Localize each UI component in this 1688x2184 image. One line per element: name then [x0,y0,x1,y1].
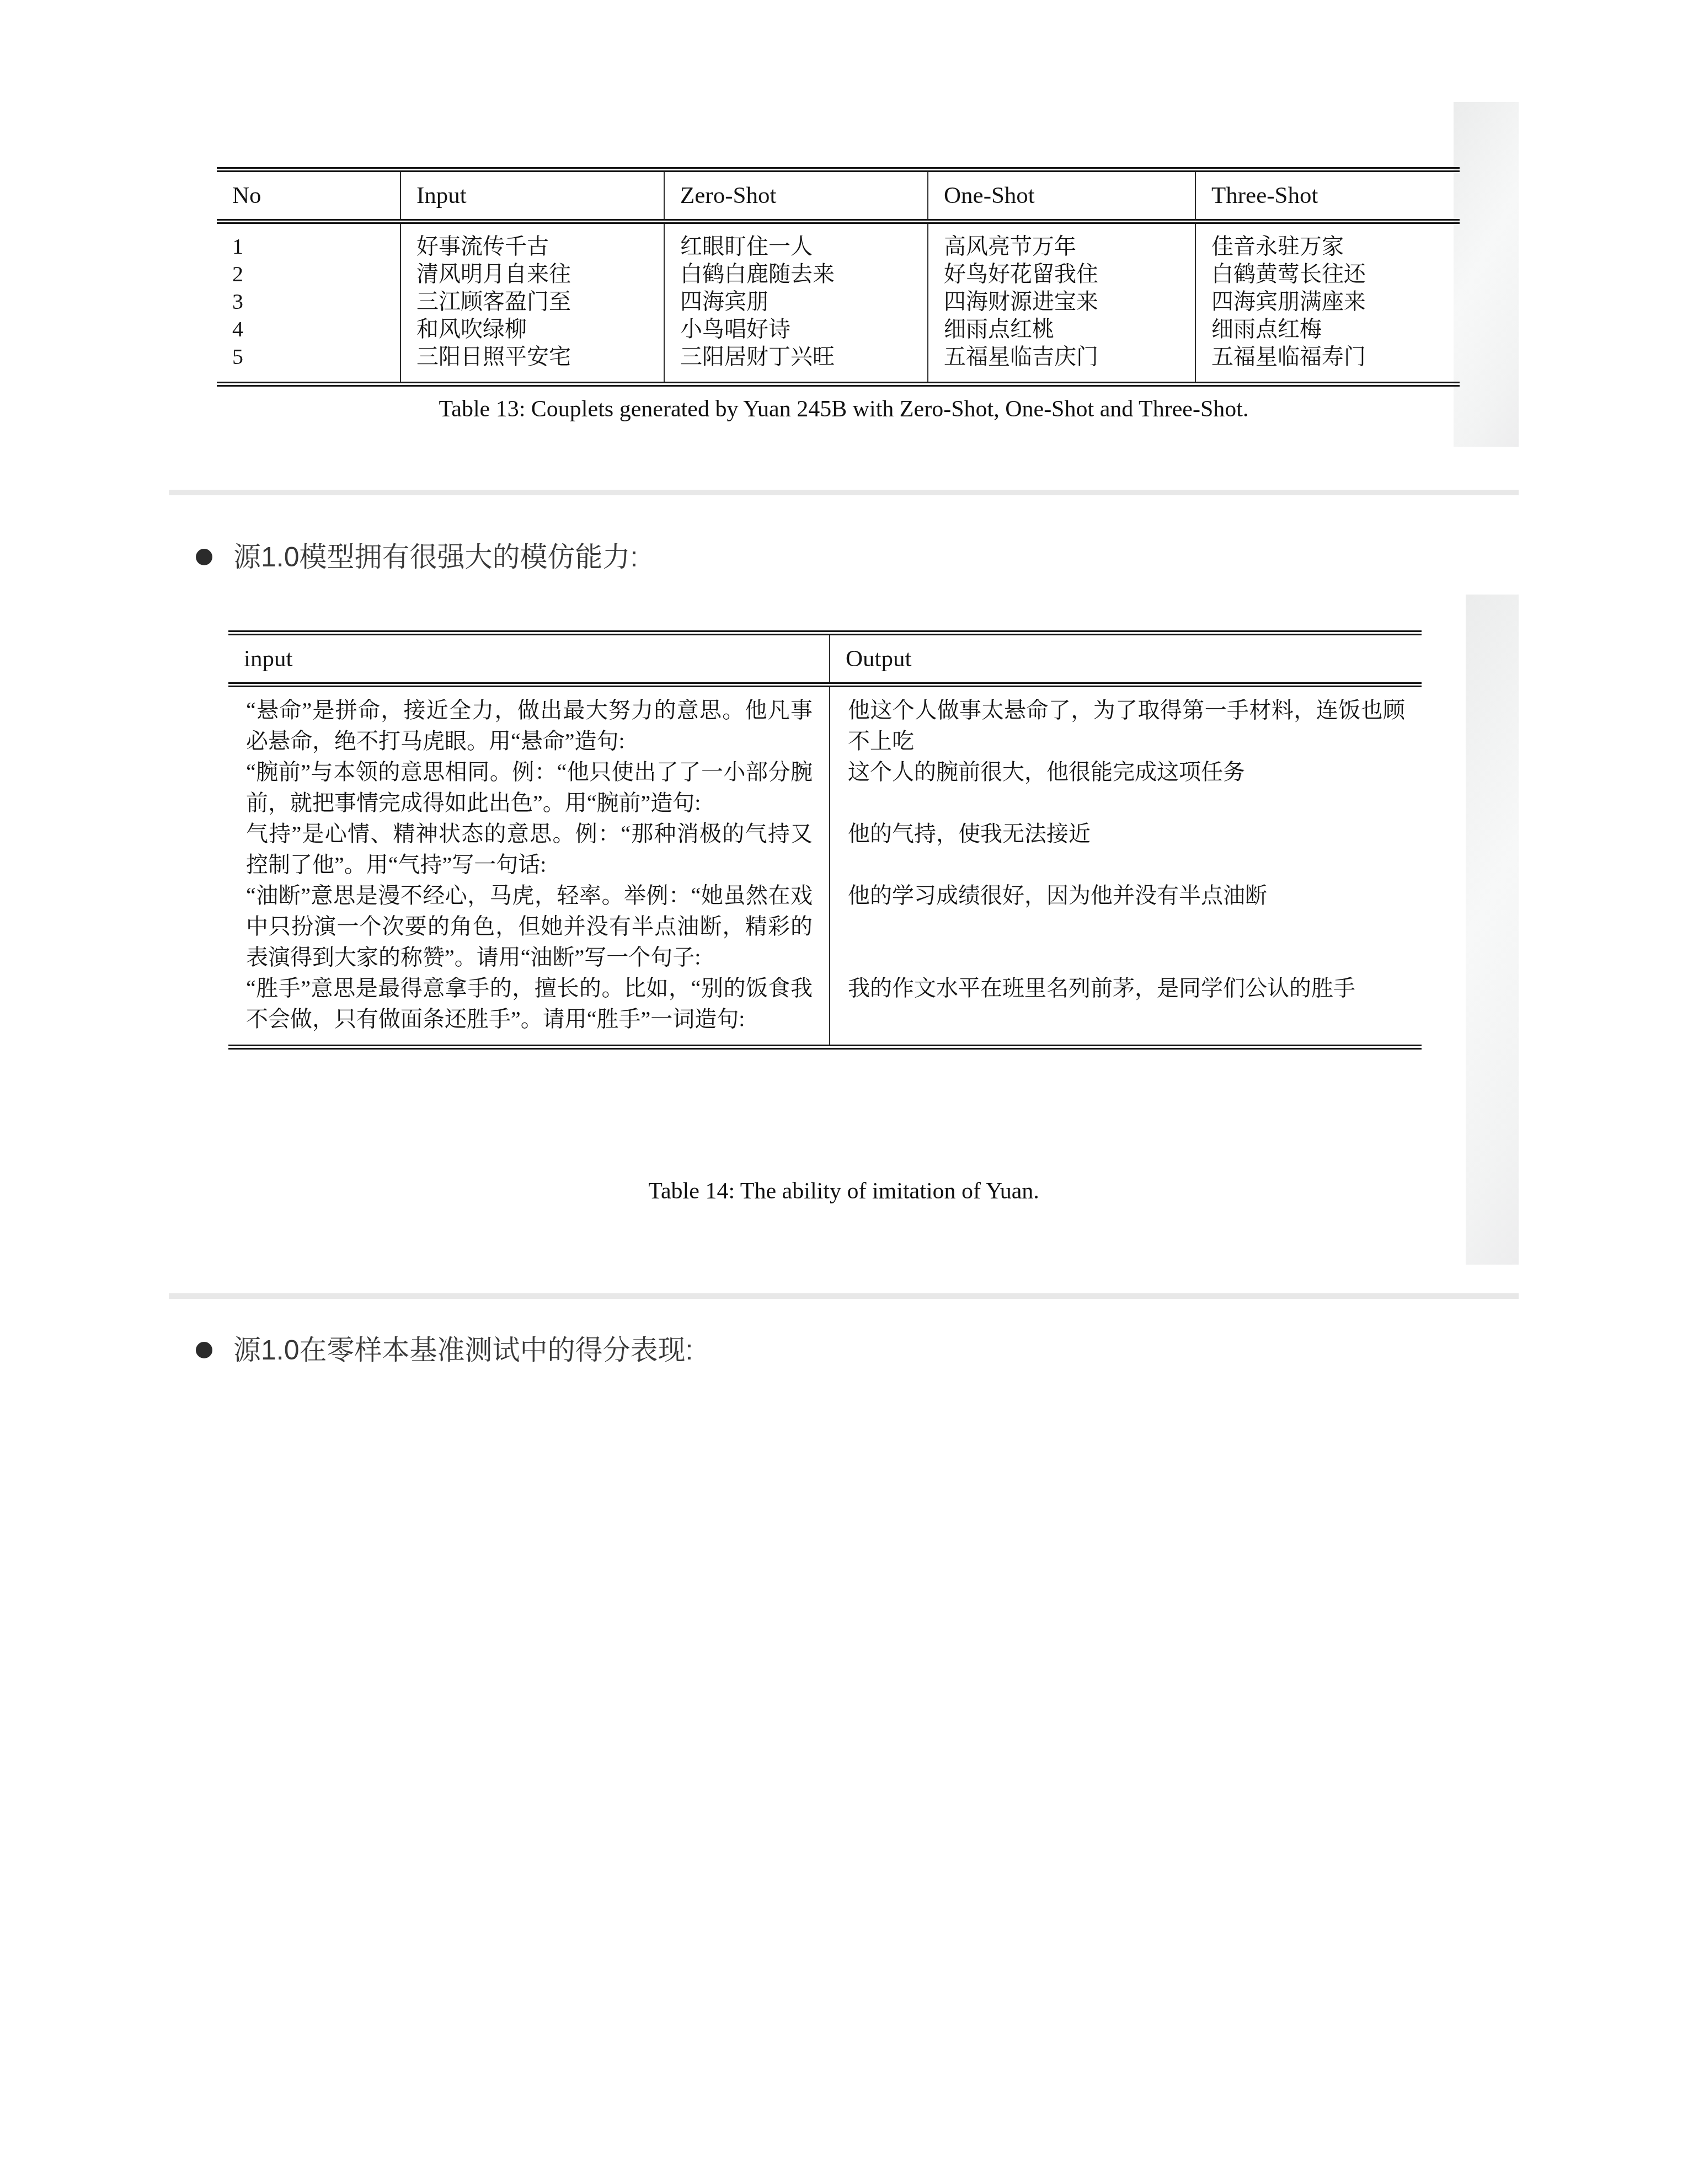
table-cell: 气持”是心情、精神状态的意思。例：“那种消极的气持又控制了他”。用“气持”写一句… [228,818,830,880]
col-header-no: No [217,170,400,222]
table-cell: 4 [217,315,400,343]
table-cell: 五福星临福寿门 [1195,343,1460,384]
bullet-dot-icon [196,1342,212,1358]
col-header-zero-shot: Zero-Shot [664,170,928,222]
table-cell: 三阳日照平安宅 [400,343,664,384]
table-row: 5三阳日照平安宅三阳居财丁兴旺五福星临吉庆门五福星临福寿门 [217,343,1460,384]
table-cell: 好事流传千古 [400,222,664,261]
table-row: 3三江顾客盈门至四海宾朋四海财源进宝来四海宾朋满座来 [217,288,1460,315]
table-cell: “胜手”意思是最得意拿手的，擅长的。比如，“别的饭食我不会做，只有做面条还胜手”… [228,973,830,1047]
table-14-header: input Output [228,633,1422,685]
document-page: No Input Zero-Shot One-Shot Three-Shot 1… [0,0,1688,2184]
table-cell: 四海财源进宝来 [928,288,1195,315]
bullet-item-benchmark: 源1.0在零样本基准测试中的得分表现: [196,1330,693,1370]
table-header-row: input Output [228,633,1422,685]
table-cell: 三江顾客盈门至 [400,288,664,315]
table-cell: 3 [217,288,400,315]
table-13-caption: Table 13: Couplets generated by Yuan 245… [169,396,1519,422]
table-row: “腕前”与本领的意思相同。例：“他只使出了了一小部分腕前，就把事情完成得如此出色… [228,757,1422,818]
table-14-body: “悬命”是拼命，接近全力，做出最大努力的意思。他凡事必悬命，绝不打马虎眼。用“悬… [228,685,1422,1047]
table-row: “胜手”意思是最得意拿手的，擅长的。比如，“别的饭食我不会做，只有做面条还胜手”… [228,973,1422,1047]
scan-edge-artifact-top [1454,102,1519,447]
bullet-text: 源1.0模型拥有很强大的模仿能力: [233,537,638,577]
couplets-table: No Input Zero-Shot One-Shot Three-Shot 1… [217,167,1460,387]
table-cell: 白鹤白鹿随去来 [664,260,928,288]
table-row: 2清风明月自来往白鹤白鹿随去来好鸟好花留我住白鹤黄莺长往还 [217,260,1460,288]
table-13: No Input Zero-Shot One-Shot Three-Shot 1… [217,167,1460,387]
table-cell: 四海宾朋满座来 [1195,288,1460,315]
table-cell: 三阳居财丁兴旺 [664,343,928,384]
bullet-text: 源1.0在零样本基准测试中的得分表现: [233,1330,693,1370]
table-cell: 四海宾朋 [664,288,928,315]
table-13-body: 1好事流传千古红眼盯住一人高风亮节万年佳音永驻万家2清风明月自来往白鹤白鹿随去来… [217,222,1460,384]
table-cell: “腕前”与本领的意思相同。例：“他只使出了了一小部分腕前，就把事情完成得如此出色… [228,757,830,818]
bullet-dot-icon [196,549,212,565]
table-cell: 5 [217,343,400,384]
col-header-three-shot: Three-Shot [1195,170,1460,222]
table-cell: 和风吹绿柳 [400,315,664,343]
table-cell: 他的学习成绩很好，因为他并没有半点油断 [830,880,1422,973]
table-cell: 小鸟唱好诗 [664,315,928,343]
table-cell: 高风亮节万年 [928,222,1195,261]
table-cell: 我的作文水平在班里名列前茅，是同学们公认的胜手 [830,973,1422,1047]
col-header-input: input [228,633,830,685]
table-cell: 白鹤黄莺长往还 [1195,260,1460,288]
table-cell: 五福星临吉庆门 [928,343,1195,384]
table-cell: 清风明月自来往 [400,260,664,288]
table-cell: “油断”意思是漫不经心，马虎，轻率。举例：“她虽然在戏中只扮演一个次要的角色，但… [228,880,830,973]
table-cell: “悬命”是拼命，接近全力，做出最大努力的意思。他凡事必悬命，绝不打马虎眼。用“悬… [228,685,830,757]
table-cell: 这个人的腕前很大，他很能完成这项任务 [830,757,1422,818]
table-cell: 佳音永驻万家 [1195,222,1460,261]
table-14-caption: Table 14: The ability of imitation of Yu… [169,1178,1519,1205]
table-row: “油断”意思是漫不经心，马虎，轻率。举例：“她虽然在戏中只扮演一个次要的角色，但… [228,880,1422,973]
table-row: 4和风吹绿柳小鸟唱好诗细雨点红桃细雨点红梅 [217,315,1460,343]
table-row: “悬命”是拼命，接近全力，做出最大努力的意思。他凡事必悬命，绝不打马虎眼。用“悬… [228,685,1422,757]
table-14: input Output “悬命”是拼命，接近全力，做出最大努力的意思。他凡事必… [228,630,1422,1050]
scan-edge-artifact-bottom [1466,595,1519,1265]
table-cell: 1 [217,222,400,261]
table-row: 1好事流传千古红眼盯住一人高风亮节万年佳音永驻万家 [217,222,1460,261]
bullet-item-imitation: 源1.0模型拥有很强大的模仿能力: [196,537,638,577]
imitation-table: input Output “悬命”是拼命，接近全力，做出最大努力的意思。他凡事必… [228,630,1422,1050]
col-header-output: Output [830,633,1422,685]
table-cell: 他的气持，使我无法接近 [830,818,1422,880]
section-divider-2 [169,1293,1519,1299]
table-cell: 细雨点红梅 [1195,315,1460,343]
section-divider-1 [169,490,1519,495]
table-cell: 红眼盯住一人 [664,222,928,261]
col-header-one-shot: One-Shot [928,170,1195,222]
table-13-header: No Input Zero-Shot One-Shot Three-Shot [217,170,1460,222]
table-cell: 好鸟好花留我住 [928,260,1195,288]
table-header-row: No Input Zero-Shot One-Shot Three-Shot [217,170,1460,222]
table-cell: 2 [217,260,400,288]
table-cell: 他这个人做事太悬命了，为了取得第一手材料，连饭也顾不上吃 [830,685,1422,757]
col-header-input: Input [400,170,664,222]
table-row: 气持”是心情、精神状态的意思。例：“那种消极的气持又控制了他”。用“气持”写一句… [228,818,1422,880]
table-cell: 细雨点红桃 [928,315,1195,343]
